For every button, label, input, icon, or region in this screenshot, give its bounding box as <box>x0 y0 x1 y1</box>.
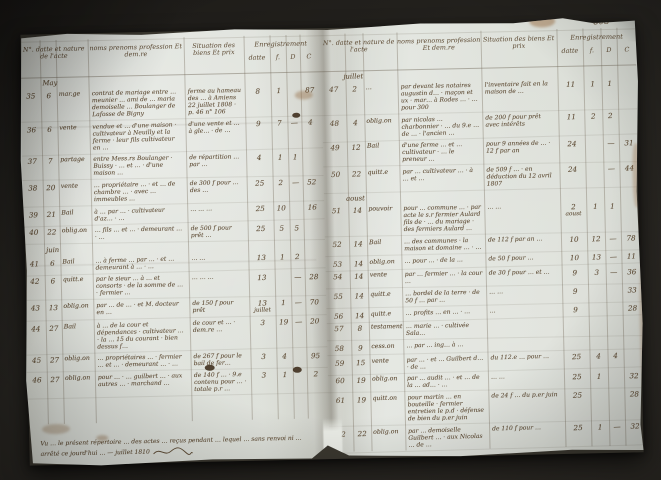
reg-debet: — <box>292 316 306 326</box>
reg-folio: 1 <box>583 78 601 88</box>
parties-text: … par … ing… à … <box>403 340 487 350</box>
parties-text: par devant les notaires augustin d… · ma… <box>398 81 483 112</box>
right-page: 803 N°. datte et nature de l'acte noms p… <box>320 15 645 462</box>
situation-text: de cour et … · dem.re … <box>190 317 250 334</box>
act-type: oblig.on <box>63 373 95 382</box>
situation-text: de 112 f par an … <box>485 234 561 244</box>
closing-date: arrêté ce jourd'hui … — juillet 1810 <box>40 449 149 458</box>
reg-debet: — <box>289 177 303 187</box>
parties-text: pour … commune … · par acte le s.r fermi… <box>400 203 484 233</box>
reg-date: 8 <box>245 85 271 96</box>
entry-day: 14 <box>349 258 367 268</box>
reg-credit <box>618 109 638 111</box>
header-reg-d: D <box>601 47 617 55</box>
entries: May356mar.gecontrat de mariage entre … m… <box>20 73 328 399</box>
situation-text: … … … <box>187 203 247 213</box>
table-header: N°. datte et nature de l'acte noms preno… <box>20 35 322 79</box>
entry-number: 51 <box>324 205 348 215</box>
header-enregistrement: Enregistrement datte f. D C <box>244 36 319 62</box>
header-reg-folio: f. <box>583 47 601 55</box>
parties-text: … propriétaire … · et … de chambre … · a… <box>91 179 187 203</box>
entry-number: 58 <box>327 343 351 354</box>
entry-day: 22 <box>353 428 371 438</box>
reg-date: 25 <box>564 371 590 381</box>
reg-debet: — <box>291 271 305 281</box>
entry-day: 6 <box>41 124 57 134</box>
header-reg-d: D <box>286 54 300 62</box>
entry-number: 38 <box>23 182 43 192</box>
act-type: testament <box>369 322 403 331</box>
situation-text: de 300 f pour … des … <box>187 178 247 194</box>
entry-number: 43 <box>25 302 45 312</box>
reg-folio: 1 <box>277 369 293 379</box>
document-spread: N°. datte et nature de l'acte noms preno… <box>17 15 646 468</box>
reg-folio: 1 <box>590 371 608 381</box>
reg-credit: 11 <box>621 250 641 261</box>
reg-credit: 70 <box>305 296 323 306</box>
act-type: oblig.on <box>371 427 405 436</box>
enregistrement-label: Enregistrement <box>244 40 318 49</box>
situation-text: … … <box>488 371 564 380</box>
entry-number: 60 <box>328 375 352 385</box>
act-type: quitt.e <box>368 289 402 298</box>
header-reg-date: datte <box>244 55 270 63</box>
entry-number: 53 <box>325 258 349 269</box>
parties-text: contrat de mariage entre … meunier … ami… <box>89 87 186 118</box>
entry-day: 14 <box>350 310 368 320</box>
reg-date: 11 <box>558 111 584 122</box>
entry-number: 37 <box>22 156 42 166</box>
reg-date: 25 <box>565 422 591 433</box>
entry-day: 6 <box>44 258 60 268</box>
reg-credit: 16 <box>303 201 321 211</box>
register-row: 4912Baild'une ferme … et … cultivateur ·… <box>323 136 638 167</box>
reg-credit <box>617 77 637 78</box>
reg-date: 13 <box>249 272 275 282</box>
reg-debet <box>289 202 303 203</box>
entry-number: 40 <box>24 227 44 237</box>
situation-text: pour 9 années de … · 12 f par an <box>483 138 559 154</box>
entry-number: 41 <box>24 258 44 269</box>
entry-day: 14 <box>349 238 367 248</box>
reg-debet <box>293 369 307 370</box>
reg-credit: 87 <box>301 84 319 94</box>
reg-debet: — <box>603 163 619 173</box>
entry-number: 44 <box>26 323 46 334</box>
reg-folio: 19 <box>276 316 292 326</box>
entry-number: 56 <box>326 310 350 321</box>
reg-date: 25 <box>563 351 589 362</box>
act-type: mar.ge <box>57 89 89 98</box>
reg-date: 25 <box>564 389 590 400</box>
reg-debet: — <box>605 251 621 261</box>
act-type: quitt.e <box>365 168 399 177</box>
parties-text: … marie … · cultivée Sala… <box>403 321 487 337</box>
reg-folio: 2 <box>584 110 602 120</box>
reg-date: 11 <box>557 78 583 89</box>
reg-credit: 20 <box>306 315 324 325</box>
reg-credit: 36 <box>622 266 642 276</box>
reg-date: 25 <box>247 203 273 214</box>
signature-flourish <box>152 445 194 458</box>
act-type: oblig.on <box>364 116 398 125</box>
parties-text: … pour … · de la … <box>401 255 485 265</box>
parties-text: par nicolas … charbonnier · … du 9.e … d… <box>398 114 483 138</box>
entry-day: 14 <box>350 271 368 281</box>
reg-debet: 1 <box>604 200 620 210</box>
reg-date: 3 <box>251 369 277 380</box>
reg-debet: 1 <box>601 78 617 88</box>
act-type: partage <box>58 155 90 164</box>
enregistrement-label: Enregistrement <box>557 33 637 42</box>
reg-date: 9 <box>562 267 588 277</box>
entry-day: 6 <box>45 275 61 285</box>
entry-number: 42 <box>25 276 45 286</box>
reg-folio: 1 <box>272 152 288 162</box>
parties-text: … profits … en … · … <box>402 307 486 317</box>
header-reg-c: C <box>300 54 318 62</box>
reg-folio <box>588 285 606 286</box>
header-no-date: N°. datte et nature de l'acte <box>20 41 88 61</box>
reg-credit <box>623 318 643 319</box>
reg-debet <box>287 85 301 86</box>
entry-day: 15 <box>351 357 369 367</box>
reg-folio: 1 <box>275 297 291 307</box>
situation-text <box>487 319 563 321</box>
entry-number: 52 <box>325 239 349 250</box>
reg-folio: 1 <box>271 85 287 95</box>
reg-date <box>563 337 589 339</box>
entry-day: 9 <box>351 342 369 352</box>
entry-day: 27 <box>47 374 63 384</box>
reg-credit <box>304 222 322 223</box>
reg-credit: 33 <box>622 284 642 294</box>
reg-date: 3 <box>250 351 276 361</box>
reg-debet: — <box>603 137 619 147</box>
act-type: oblig.on <box>62 354 94 363</box>
reg-debet: 5 <box>290 222 304 232</box>
parties-text: … à ferme … par … · et … demeurant à … ·… <box>92 254 188 272</box>
entry-day: 14 <box>350 290 368 300</box>
reg-credit: 28 <box>305 271 323 281</box>
parties-text: d'une ferme … et … cultivateur · … le pr… <box>399 140 483 163</box>
entry-number: 35 <box>21 90 41 100</box>
situation-text: … … <box>486 286 562 296</box>
reg-credit: 31 <box>619 137 639 147</box>
act-type: Bail <box>367 237 401 246</box>
entry-day: 22 <box>347 168 365 178</box>
entry-number: 59 <box>327 357 351 368</box>
reg-debet: 2 <box>290 251 304 261</box>
reg-credit: 28 <box>622 302 642 313</box>
situation-text: … <box>486 305 562 315</box>
act-type: oblig.on <box>61 301 93 310</box>
closing-note: Vu … le présent répertoire … des actes …… <box>40 434 323 460</box>
reg-credit: 44 <box>619 162 639 172</box>
left-page: N°. datte et nature de l'acte noms preno… <box>19 22 330 468</box>
reg-folio: 5 <box>274 223 290 233</box>
entry-number: 47 <box>322 84 346 95</box>
situation-text: de 509 f … · en déduction du 12 avril 18… <box>483 164 559 188</box>
register-row: 377partageentre Mess.rs Boulanger · Buis… <box>22 150 323 181</box>
reg-folio: 12 <box>587 233 605 243</box>
reg-folio <box>589 337 607 338</box>
act-type: Bail <box>62 322 94 331</box>
entry-number: 57 <box>327 323 351 333</box>
act-type: oblig.on <box>60 226 92 235</box>
parties-text: à … par … · cultivateur d'az… · … <box>91 205 187 223</box>
entry-day: 19 <box>352 375 370 385</box>
entry-number: 54 <box>326 271 350 281</box>
entry-day: 14 <box>348 205 366 215</box>
act-type: Bail <box>59 208 91 217</box>
reg-date: 24 <box>559 138 585 148</box>
header-enregistrement: Enregistrement datte f. D C <box>556 29 637 56</box>
reg-credit: 32 <box>624 370 644 380</box>
reg-folio: 7 <box>271 117 287 127</box>
reg-date: 2aoust <box>560 201 586 217</box>
header-reg-date: datte <box>557 48 583 56</box>
act-type: quitt.e <box>61 275 93 284</box>
parties-text: à … de la cour et dépendances · cultivat… <box>94 319 191 351</box>
reg-debet: 1 <box>288 151 302 161</box>
reg-credit <box>623 349 643 351</box>
parties-text: … propriétaires … · fermier … et … · dem… <box>94 352 190 369</box>
entry-number: 50 <box>323 169 347 180</box>
parties-text: pour martin … en bouteille · fermier ent… <box>404 392 489 423</box>
reg-folio <box>585 138 603 139</box>
reg-debet: — <box>606 266 622 276</box>
parties-text: pour … · … guilbert … · aux autres … · m… <box>95 371 191 388</box>
reg-date: 25 <box>247 177 273 188</box>
reg-debet: — <box>287 117 301 127</box>
entry-day: 21 <box>43 209 59 219</box>
reg-date: 24 <box>559 163 585 174</box>
reg-folio <box>275 272 291 273</box>
entry-day: 12 <box>347 142 365 152</box>
entry-day: 8 <box>351 323 369 333</box>
header-no-date: N°. datte et nature de l'acte <box>321 35 397 55</box>
entry-day: 4 <box>346 117 364 127</box>
header-names: noms prenoms profession Et dem.re <box>88 39 184 60</box>
entry-number: 61 <box>328 395 352 406</box>
situation-text: ferme au hameau des … à Amiens 22 juille… <box>185 86 246 116</box>
entry-day: 6 <box>41 90 57 100</box>
reg-date: 4 <box>246 152 272 162</box>
parties-text: par … audit … · et … de la … ad… · … <box>404 373 488 389</box>
reg-folio: 2 <box>273 177 289 187</box>
reg-debet: 4 <box>607 350 623 360</box>
reg-debet <box>607 318 623 319</box>
reg-date: 3 <box>250 317 276 328</box>
register-row: 426quitt.epar le sieur … à … et consorts… <box>25 270 326 301</box>
act-type: … <box>364 83 398 92</box>
reg-folio: 1 <box>591 421 609 431</box>
act-type: cess.on <box>369 341 403 350</box>
entry-day: 27 <box>46 323 62 333</box>
situation-text: du 112.e … pour … <box>487 351 563 361</box>
parties-text: par le sieur … à … et consorts · de la s… <box>93 273 189 297</box>
reg-date: 10 <box>561 252 587 263</box>
parties-text: par … · et … Guilbert d… · de … <box>403 354 487 371</box>
act-type: Bail <box>365 141 399 150</box>
reg-date: 13 <box>248 252 274 263</box>
month-note: juillet <box>249 307 275 314</box>
reg-debet: — <box>609 421 625 431</box>
reg-folio <box>589 319 607 320</box>
entry-number: 62 <box>329 428 353 439</box>
act-type: Bail <box>60 257 92 266</box>
reg-credit: 95 <box>306 350 324 360</box>
reg-folio <box>590 389 608 390</box>
entry-day: 27 <box>46 354 62 364</box>
act-type: vente <box>368 270 402 279</box>
entry-number: 39 <box>23 209 43 220</box>
situation-text: de 30 f pour … et … <box>486 267 562 276</box>
act-type: vente <box>57 123 89 132</box>
reg-debet: — <box>291 297 305 307</box>
reg-date <box>563 319 589 320</box>
situation-text: de 140 f … · 9.e contenu pour … · totale… <box>191 370 251 393</box>
parties-text: par … cultivateur … · à … et … <box>399 166 483 183</box>
entries: juillet472…par devant les notaires augus… <box>321 66 644 453</box>
reg-folio: 4 <box>276 350 292 360</box>
reg-credit <box>304 250 322 252</box>
register-paper: N°. datte et nature de l'acte noms preno… <box>17 15 646 468</box>
table-header: N°. datte et nature de l'acte noms preno… <box>320 28 636 72</box>
act-type: oblig.on <box>370 374 404 383</box>
situation-text: de 150 f pour prêt <box>189 298 249 314</box>
reg-credit <box>302 151 320 152</box>
entry-number: 46 <box>27 374 47 384</box>
entry-number: 45 <box>26 355 46 365</box>
situation-text: … … <box>484 201 560 210</box>
situation-text: de répartition … par … <box>186 152 246 168</box>
entry-day: 2 <box>346 83 364 93</box>
header-names: noms prenoms profession Et dem.re <box>396 33 480 54</box>
reg-debet <box>606 303 622 304</box>
header-reg-folio: f. <box>270 54 286 62</box>
reg-debet: — <box>605 233 621 243</box>
reg-debet <box>606 285 622 286</box>
entry-day: 19 <box>352 394 370 404</box>
reg-date: 9 <box>562 304 588 315</box>
reg-date: 9 <box>245 118 271 129</box>
reg-debet <box>608 370 624 371</box>
situation-text: d'une vente et … à gle… · de … <box>185 118 245 135</box>
situation-text: … … … <box>189 272 249 281</box>
reg-folio <box>588 303 606 305</box>
reg-folio: 1 <box>586 201 604 211</box>
reg-credit <box>623 336 643 337</box>
reg-date: 9 <box>562 285 588 296</box>
entry-number: 48 <box>322 117 346 128</box>
reg-debet <box>292 350 306 351</box>
reg-debet: 2 <box>602 110 618 120</box>
photograph-background: N°. datte et nature de l'acte noms preno… <box>0 0 661 480</box>
act-type: quitt.e <box>368 309 402 318</box>
reg-folio: 13 <box>587 251 605 261</box>
parties-text: entre Mess.rs Boulanger · Buissy · … et … <box>90 153 186 177</box>
reg-folio: 1 <box>274 251 290 261</box>
reg-date: 13juillet <box>249 297 275 314</box>
situation-text: … … <box>188 252 248 262</box>
reg-credit: 2 <box>307 368 325 378</box>
entry-day: 13 <box>45 302 61 312</box>
reg-date: 25 <box>248 223 274 233</box>
entry-day: 22 <box>44 226 60 236</box>
reg-date: 10 <box>561 233 587 244</box>
reg-debet <box>608 389 624 390</box>
situation-text: de 24 f … du p.er juin <box>488 390 564 400</box>
reg-folio: 4 <box>589 350 607 360</box>
situation-text: l'inventaire fait en la maison de … <box>482 79 558 96</box>
act-type: quitt.on <box>370 393 404 402</box>
reg-credit: 52 <box>303 176 321 186</box>
parties-text: … des communes · la maison et domaine … … <box>401 236 485 253</box>
act-type: pouvoir <box>366 204 400 213</box>
entry-number: 36 <box>21 124 41 135</box>
header-situation: Situation des biens Et prix <box>480 31 556 51</box>
situation-text: de 500 f pour prêt … <box>188 223 248 239</box>
reg-credit: 4 <box>301 116 319 126</box>
parties-text: par … de … · et M. docteur en … <box>93 299 189 316</box>
parties-text: … bordel de la terre · de 50 f … par … <box>402 288 486 305</box>
act-type: vente <box>369 356 403 365</box>
entry-day: 20 <box>43 182 59 192</box>
entry-day: 7 <box>42 155 58 165</box>
header-reg-c: C <box>617 47 637 55</box>
header-situation: Situation des biens Et prix <box>184 38 244 58</box>
entry-number: 55 <box>326 291 350 302</box>
situation-text: de 50 f pour … <box>485 253 561 263</box>
act-type: oblig.on <box>367 257 401 266</box>
reg-credit: 78 <box>621 232 641 242</box>
month-note: aoust <box>560 211 586 217</box>
situation-text: de 110 f pour … <box>489 422 565 432</box>
parties-text: vendue et … d'une maison · cultivateur à… <box>89 120 186 152</box>
situation-text: de 200 f pour prêt avec intérêts <box>482 112 558 129</box>
parties-text: par … fermier … · la cour … <box>402 269 486 285</box>
reg-debet <box>607 337 623 338</box>
situation-text: de 267 f pour le bail de fer… <box>190 351 250 367</box>
parties-text: … fils … et … · demeurant … · … <box>92 224 188 241</box>
parties-text: par … demoiselle Guilbert … · aux Nicola… <box>405 425 490 449</box>
act-type: vente <box>59 181 91 190</box>
reg-folio <box>585 163 603 164</box>
register-row: 5114pouvoirpour … commune … · par acte l… <box>324 199 640 237</box>
reg-folio: 10 <box>273 202 289 212</box>
reg-folio: 3 <box>588 267 606 277</box>
entry-number: 49 <box>323 142 347 152</box>
